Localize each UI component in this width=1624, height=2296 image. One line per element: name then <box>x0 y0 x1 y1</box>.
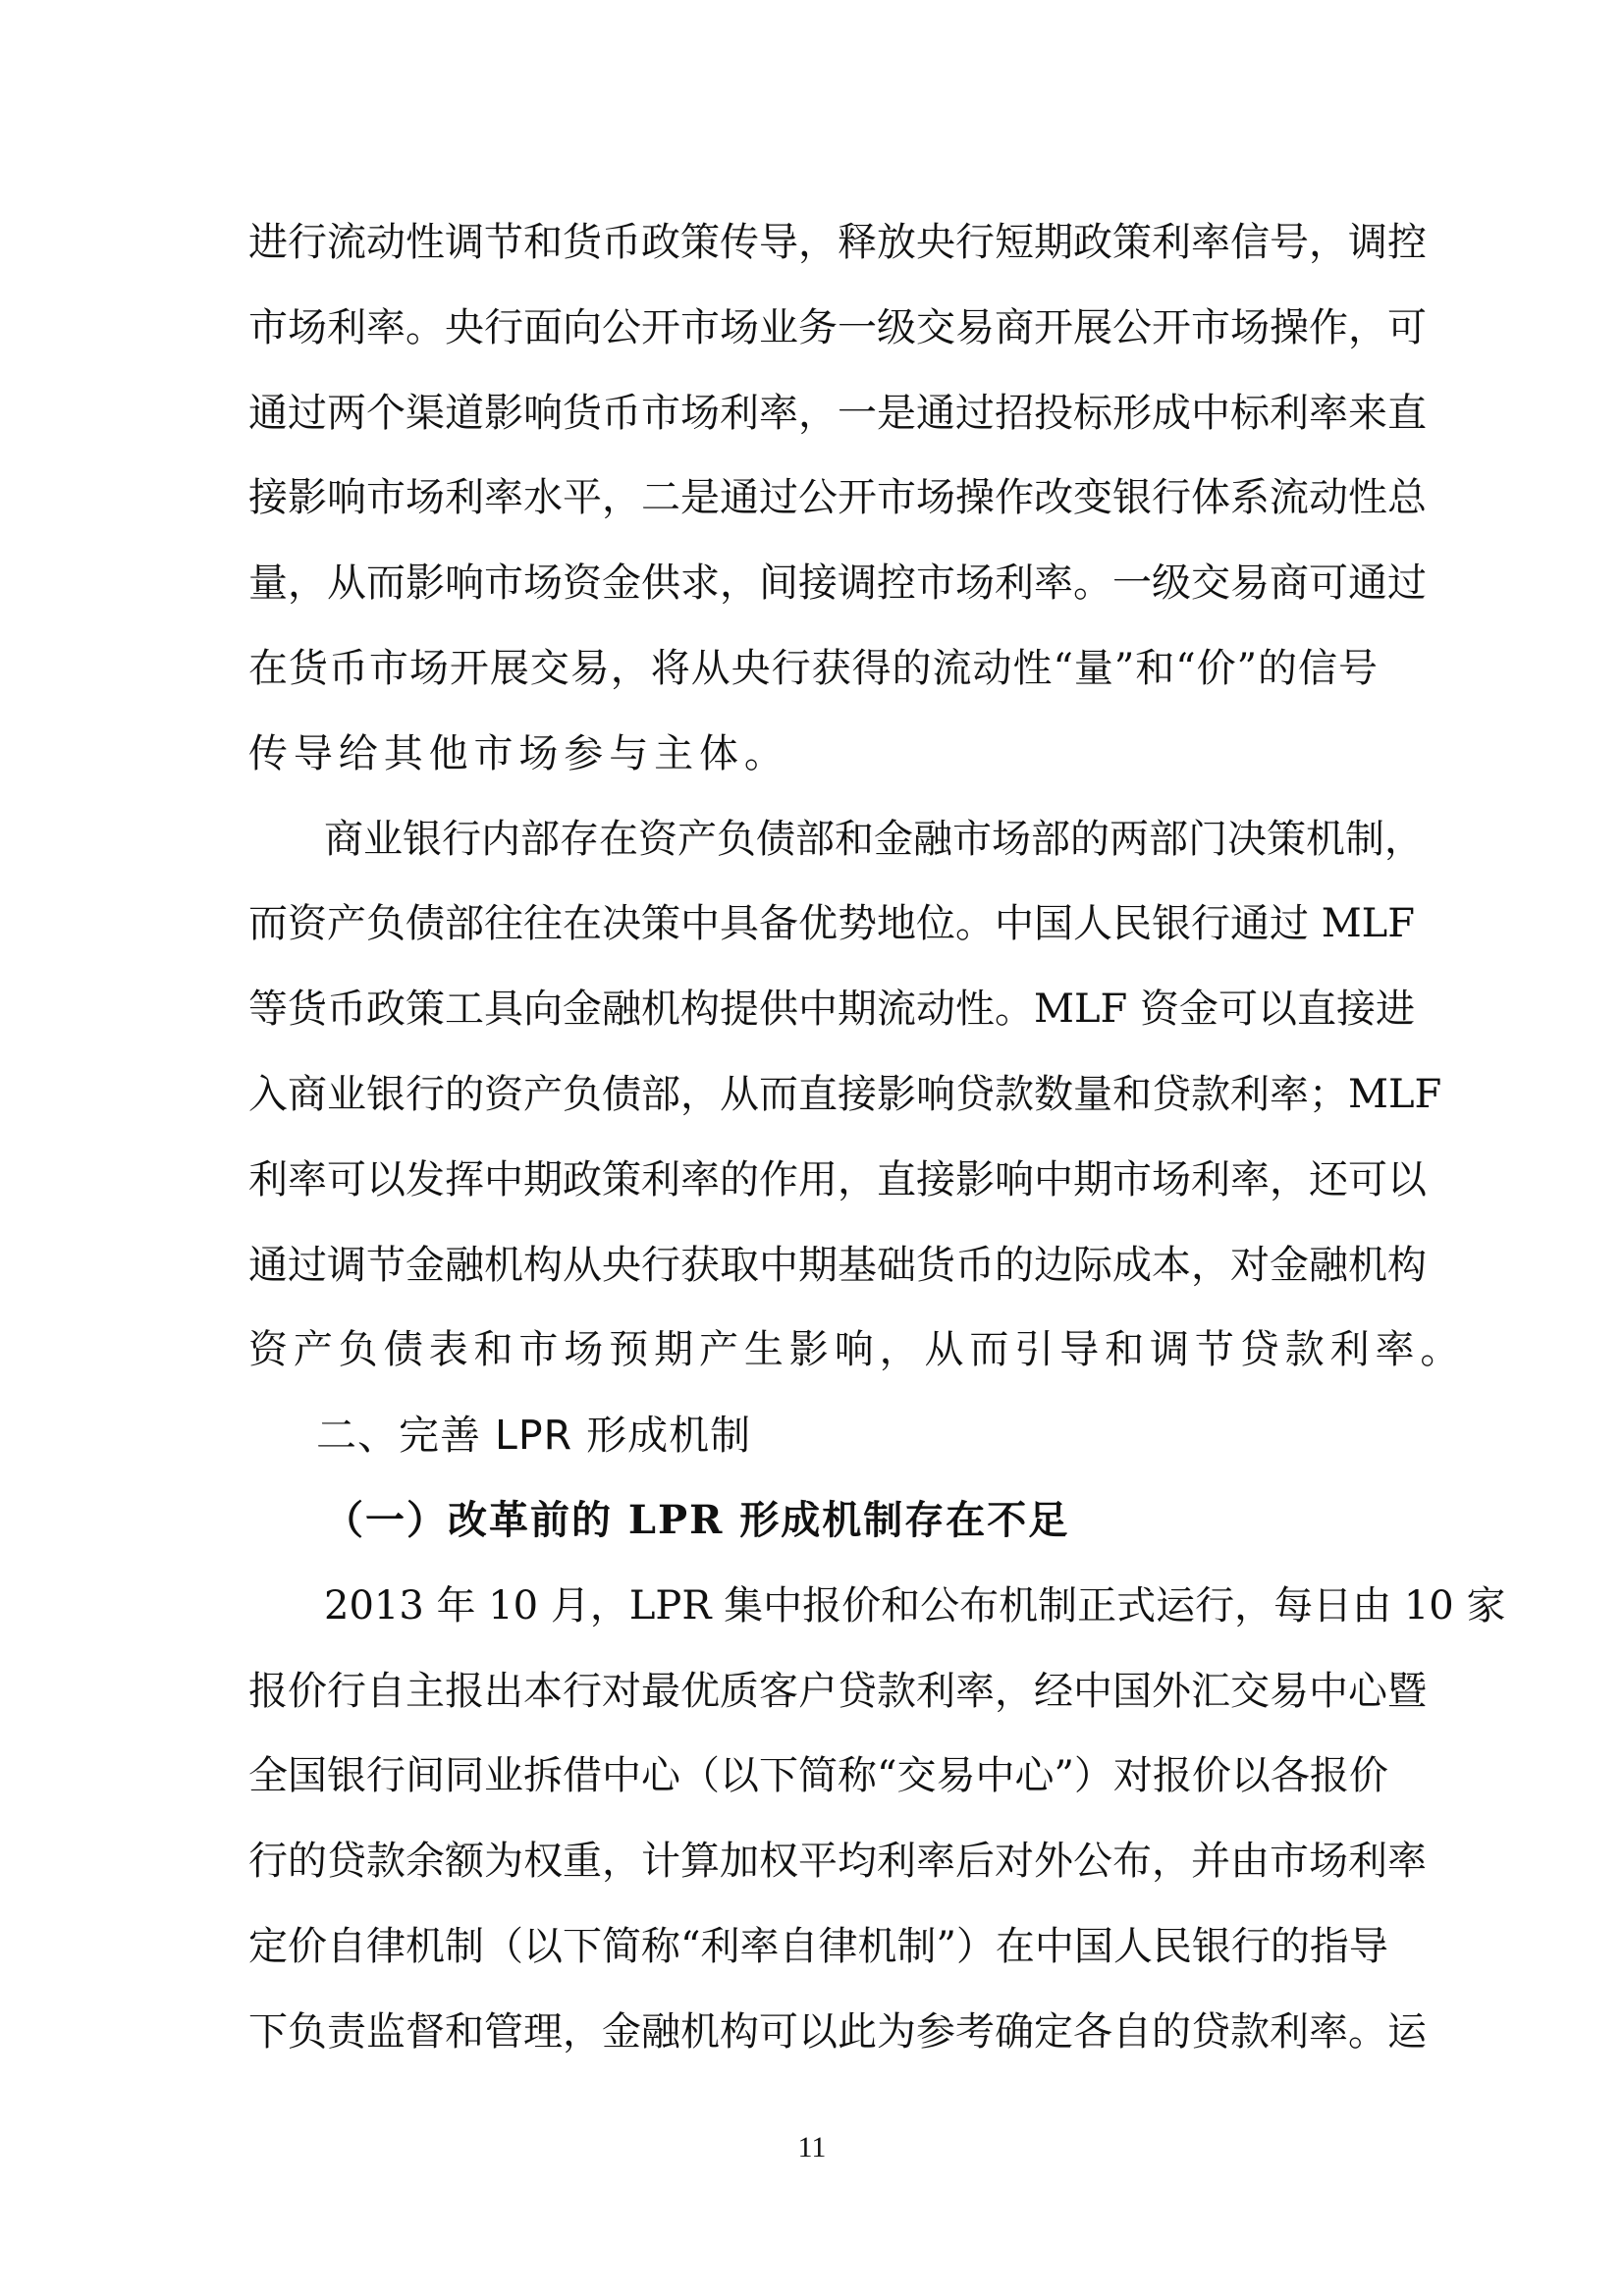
paragraph-2-line-6: 通过调节金融机构从央行获取中期基础货币的边际成本，对金融机构 <box>248 1223 1378 1308</box>
paragraph-3-line-6: 下负责监督和管理，金融机构可以此为参考确定各自的贷款利率。运 <box>248 1990 1378 2075</box>
paragraph-1-line-1: 进行流动性调节和货币政策传导，释放央行短期政策利率信号，调控 <box>248 200 1378 286</box>
document-page: 进行流动性调节和货币政策传导，释放央行短期政策利率信号，调控 市场利率。央行面向… <box>0 0 1624 2296</box>
paragraph-1-line-4: 接影响市场利率水平，二是通过公开市场操作改变银行体系流动性总 <box>248 455 1378 541</box>
subsection-heading: （一）改革前的 LPR 形成机制存在不足 <box>248 1478 1378 1564</box>
paragraph-1-line-7: 传导给其他市场参与主体。 <box>248 712 1378 797</box>
paragraph-1-line-5: 量，从而影响市场资金供求，间接调控市场利率。一级交易商可通过 <box>248 541 1378 626</box>
paragraph-2-line-2: 而资产负债部往往在决策中具备优势地位。中国人民银行通过 MLF <box>248 881 1378 967</box>
section-heading: 二、完善 LPR 形成机制 <box>248 1393 1378 1478</box>
paragraph-2-line-7: 资产负债表和市场预期产生影响，从而引导和调节贷款利率。 <box>248 1308 1378 1393</box>
paragraph-3-line-1: 2013 年 10 月，LPR 集中报价和公布机制正式运行，每日由 10 家 <box>248 1564 1378 1649</box>
paragraph-1-line-6: 在货币市场开展交易，将从央行获得的流动性“量”和“价”的信号 <box>248 626 1378 712</box>
paragraph-2-line-3: 等货币政策工具向金融机构提供中期流动性。MLF 资金可以直接进 <box>248 967 1378 1052</box>
paragraph-1-line-2: 市场利率。央行面向公开市场业务一级交易商开展公开市场操作，可 <box>248 286 1378 371</box>
paragraph-3-line-5: 定价自律机制（以下简称“利率自律机制”）在中国人民银行的指导 <box>248 1904 1378 1990</box>
page-number: 11 <box>0 2128 1624 2167</box>
paragraph-3-line-4: 行的贷款余额为权重，计算加权平均利率后对外公布，并由市场利率 <box>248 1819 1378 1904</box>
paragraph-3-line-3: 全国银行间同业拆借中心（以下简称“交易中心”）对报价以各报价 <box>248 1734 1378 1819</box>
paragraph-3-line-2: 报价行自主报出本行对最优质客户贷款利率，经中国外汇交易中心暨 <box>248 1649 1378 1735</box>
paragraph-2-line-1: 商业银行内部存在资产负债部和金融市场部的两部门决策机制， <box>248 797 1378 882</box>
paragraph-1-line-3: 通过两个渠道影响货币市场利率，一是通过招投标形成中标利率来直 <box>248 371 1378 456</box>
paragraph-2-line-5: 利率可以发挥中期政策利率的作用，直接影响中期市场利率，还可以 <box>248 1138 1378 1223</box>
paragraph-2-line-4: 入商业银行的资产负债部，从而直接影响贷款数量和贷款利率；MLF <box>248 1052 1378 1138</box>
document-body: 进行流动性调节和货币政策传导，释放央行短期政策利率信号，调控 市场利率。央行面向… <box>248 200 1378 2075</box>
